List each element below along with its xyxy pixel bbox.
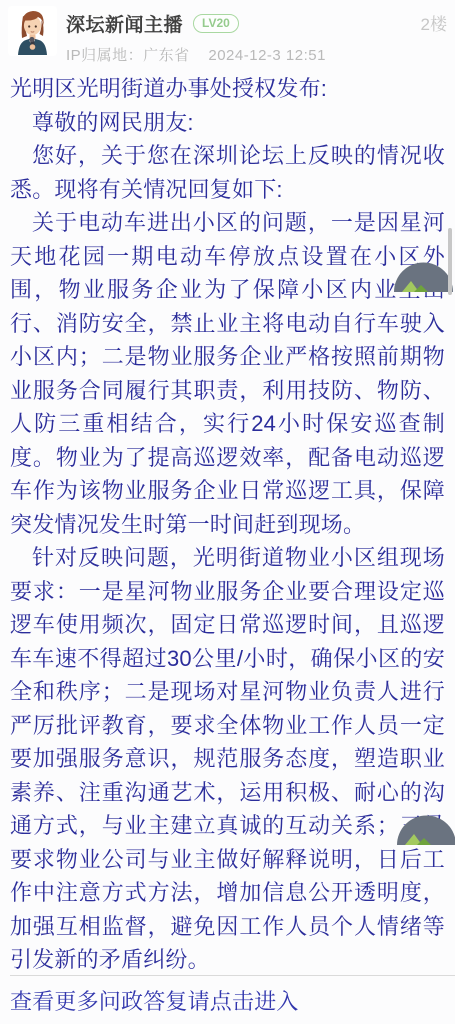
post-footer: 查看更多问政答复请点击进入 — [0, 975, 455, 1016]
post-meta: IP归属地：广东省 2024-12-3 12:51 — [66, 44, 326, 65]
header-user-info: 深坛新闻主播 LV20 IP归属地：广东省 2024-12-3 12:51 — [66, 6, 326, 65]
post-paragraph: 尊敬的网民朋友: — [10, 106, 445, 140]
ip-location-label: IP归属地：广东省 — [66, 47, 190, 64]
scrollbar-thumb[interactable] — [448, 228, 452, 295]
user-avatar[interactable] — [8, 6, 57, 56]
post-paragraph: 您好，关于您在深圳论坛上反映的情况收悉。现将有关情况回复如下: — [10, 139, 445, 206]
post-timestamp: 2024-12-3 12:51 — [208, 47, 326, 64]
post-body: 光明区光明街道办事处授权发布: 尊敬的网民朋友: 您好，关于您在深圳论坛上反映的… — [0, 69, 455, 977]
more-replies-link[interactable]: 查看更多问政答复请点击进入 — [10, 985, 299, 1016]
user-level-badge: LV20 — [193, 14, 239, 33]
news-anchor-avatar-image — [8, 6, 57, 56]
username[interactable]: 深坛新闻主播 — [66, 10, 183, 37]
post-paragraph: 关于电动车进出小区的问题，一是因星河天地花园一期电动车停放点设置在小区外围，物业… — [10, 206, 445, 541]
footer-divider — [10, 975, 455, 976]
post-header: 深坛新闻主播 LV20 IP归属地：广东省 2024-12-3 12:51 2楼 — [0, 0, 455, 69]
post-paragraph: 针对反映问题，光明街道物业小区组现场要求：一是星河物业服务企业要合理设定巡逻车使… — [10, 541, 445, 977]
post-paragraph: 光明区光明街道办事处授权发布: — [10, 72, 445, 106]
forum-post-page: 深坛新闻主播 LV20 IP归属地：广东省 2024-12-3 12:51 2楼… — [0, 0, 455, 1024]
floor-number: 2楼 — [421, 10, 447, 35]
